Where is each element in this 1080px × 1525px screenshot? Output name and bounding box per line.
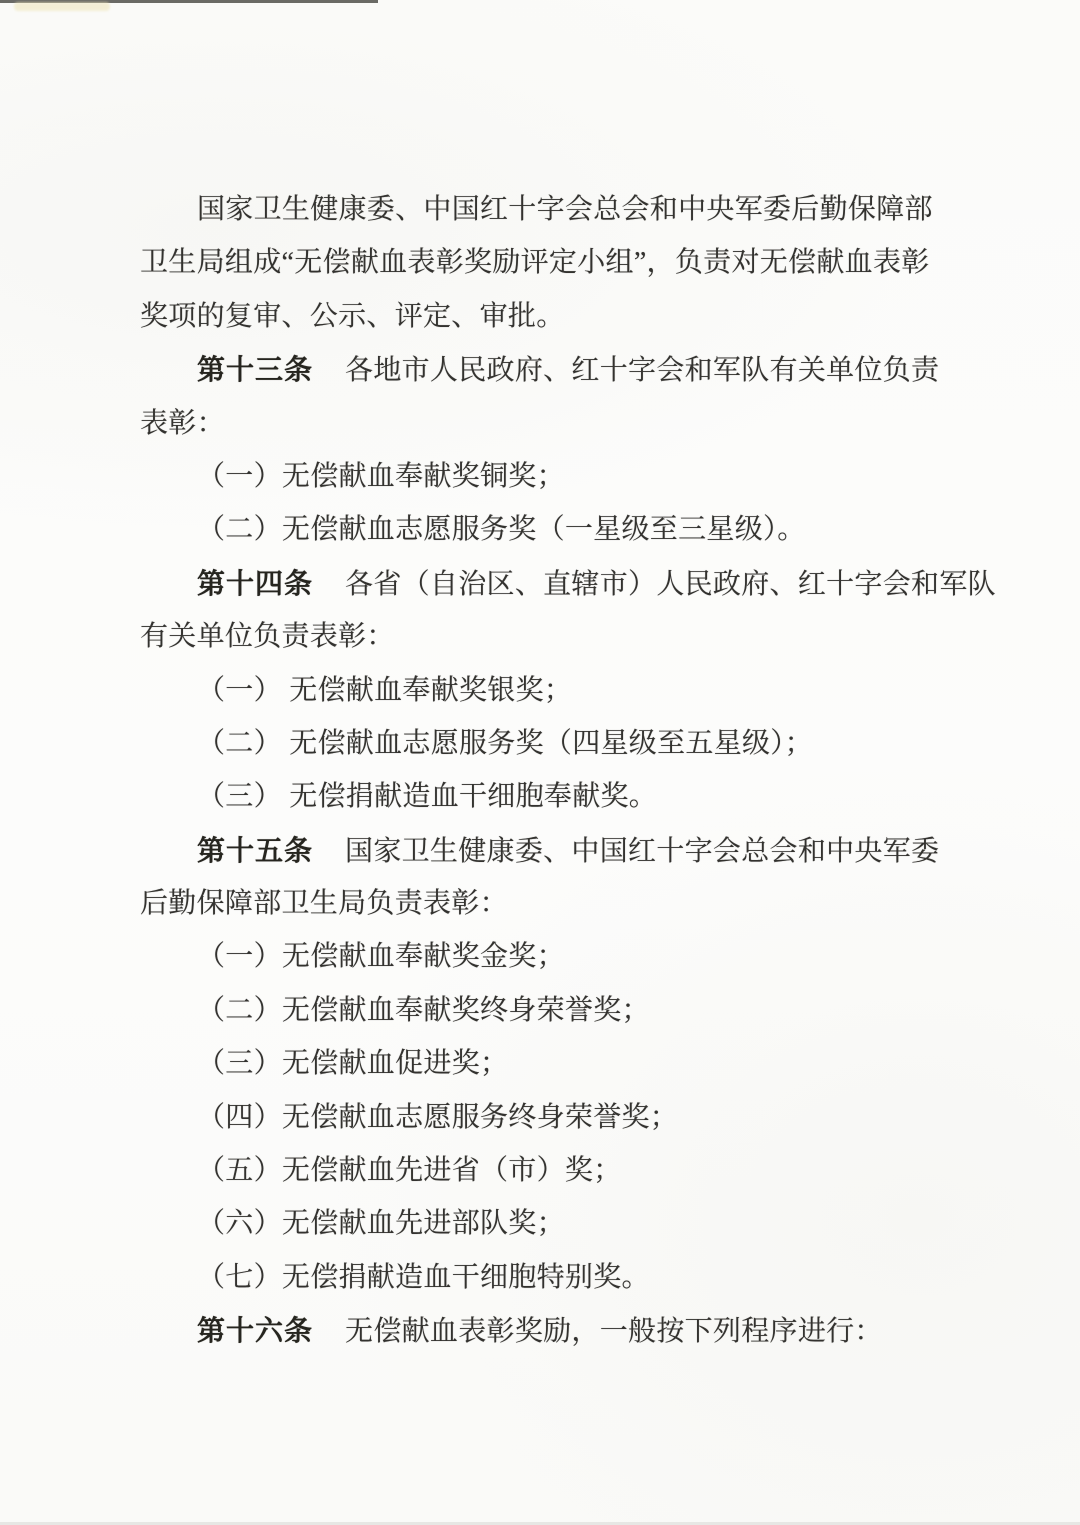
article-heading-line: 第十三条各地市人民政府、红十字会和军队有关单位负责 [140,343,944,396]
article-number: 第十五条 [197,835,313,866]
line-text: （四）无偿献血志愿服务终身荣誉奖； [197,1102,678,1133]
text-line: （一）无偿献血奉献奖铜奖； [140,450,944,503]
text-line: 奖项的复审、公示、评定、审批。 [140,290,944,343]
line-text: （六）无偿献血先进部队奖； [197,1208,565,1239]
line-text: 奖项的复审、公示、评定、审批。 [140,301,565,332]
article-number: 第十三条 [197,354,313,385]
line-text: （三）无偿献血促进奖； [197,1048,508,1079]
article-heading-line: 第十六条无偿献血表彰奖励，一般按下列程序进行： [140,1304,944,1357]
article-heading-line: 第十四条各省（自治区、直辖市）人民政府、红十字会和军队 [140,557,944,610]
line-text: 各地市人民政府、红十字会和军队有关单位负责 [345,355,939,386]
article-number: 第十六条 [197,1315,313,1346]
line-text: （二） 无偿献血志愿服务奖（四星级至五星级）； [197,728,813,759]
line-text: 卫生局组成“无偿献血表彰奖励评定小组”，负责对无偿献血表彰 [140,247,930,278]
line-text: （二）无偿献血志愿服务奖（一星级至三星级）。 [197,514,806,545]
text-line: （一） 无偿献血奉献奖银奖； [140,664,944,717]
scan-artifact-smudge [14,2,110,11]
line-text: （一）无偿献血奉献奖金奖； [197,941,565,972]
scanned-page: 国家卫生健康委、中国红十字会总会和中央军委后勤保障部卫生局组成“无偿献血表彰奖励… [0,0,1080,1525]
line-text: （五）无偿献血先进省（市）奖； [197,1155,622,1186]
text-line: （七）无偿捐献造血干细胞特别奖。 [140,1251,944,1304]
text-line: （五）无偿献血先进省（市）奖； [140,1144,944,1197]
text-line: （四）无偿献血志愿服务终身荣誉奖； [140,1091,944,1144]
line-text: 国家卫生健康委、中国红十字会总会和中央军委后勤保障部 [197,194,933,225]
text-line: 国家卫生健康委、中国红十字会总会和中央军委后勤保障部 [140,183,944,236]
text-line: 后勤保障部卫生局负责表彰： [140,877,944,930]
text-line: （二）无偿献血志愿服务奖（一星级至三星级）。 [140,503,944,556]
text-line: （二）无偿献血奉献奖终身荣誉奖； [140,984,944,1037]
line-text: （一）无偿献血奉献奖铜奖； [197,461,565,492]
line-text: （三） 无偿捐献造血干细胞奉献奖。 [197,781,657,812]
text-line: 表彰： [140,397,944,450]
line-text: （七）无偿捐献造血干细胞特别奖。 [197,1262,650,1293]
line-text: （一） 无偿献血奉献奖银奖； [197,675,572,706]
line-text: 各省（自治区、直辖市）人民政府、红十字会和军队 [345,569,996,600]
line-text: 后勤保障部卫生局负责表彰： [140,888,508,919]
text-line: （二） 无偿献血志愿服务奖（四星级至五星级）； [140,717,944,770]
text-line: （一）无偿献血奉献奖金奖； [140,930,944,983]
text-line: （三） 无偿捐献造血干细胞奉献奖。 [140,770,944,823]
text-line: 卫生局组成“无偿献血表彰奖励评定小组”，负责对无偿献血表彰 [140,236,944,289]
text-line: 有关单位负责表彰： [140,610,944,663]
line-text: （二）无偿献血奉献奖终身荣誉奖； [197,995,650,1026]
line-text: 有关单位负责表彰： [140,621,395,652]
text-line: （六）无偿献血先进部队奖； [140,1197,944,1250]
document-body: 国家卫生健康委、中国红十字会总会和中央军委后勤保障部卫生局组成“无偿献血表彰奖励… [140,183,944,1358]
line-text: 国家卫生健康委、中国红十字会总会和中央军委 [345,836,939,867]
text-line: （三）无偿献血促进奖； [140,1037,944,1090]
line-text: 表彰： [140,408,225,439]
line-text: 无偿献血表彰奖励，一般按下列程序进行： [345,1316,883,1347]
article-number: 第十四条 [197,568,313,599]
article-heading-line: 第十五条国家卫生健康委、中国红十字会总会和中央军委 [140,824,944,877]
